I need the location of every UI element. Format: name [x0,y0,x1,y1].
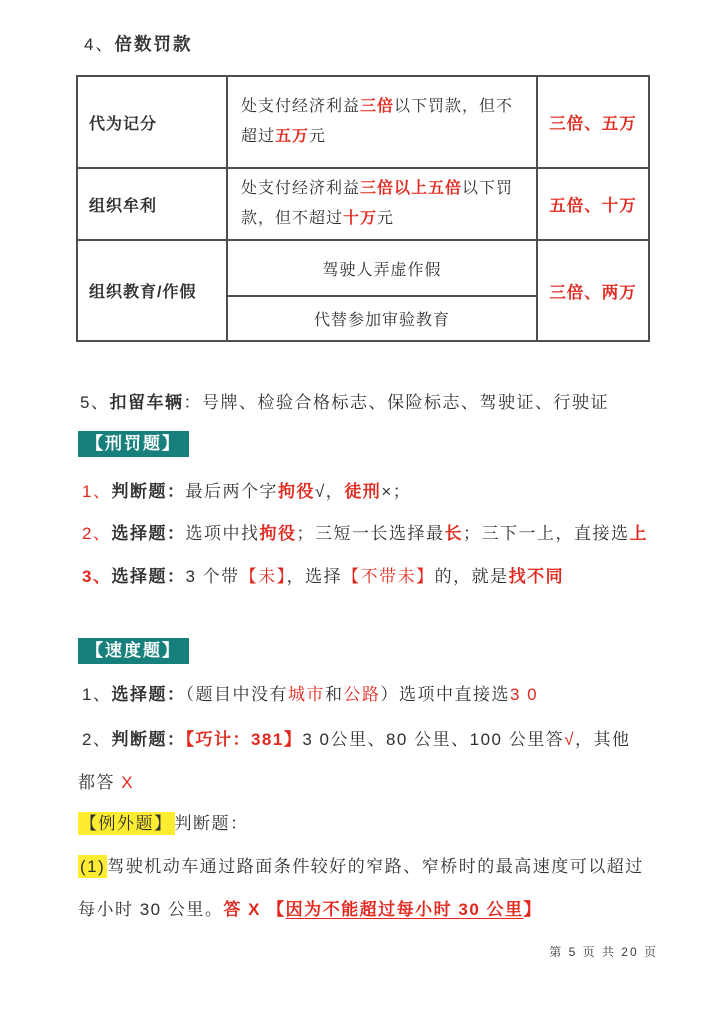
list-item: 1、选择题：（题目中没有城市和公路）选项中直接选3 0 [82,684,538,705]
table-row-desc-split: 驾驶人弄虚作假 代替参加审验教育 [228,241,538,340]
table-row-label: 代为记分 [78,77,228,169]
fines-table: 代为记分 处支付经济利益三倍以下罚款，但不超过五万元 三倍、五万 组织牟利 处支… [76,75,650,342]
badge-sudu-ti: 【速度题】 [78,638,189,664]
table-row-label: 组织牟利 [78,169,228,241]
list-item: 3、选择题：3 个带【未】，选择【不带未】的，就是找不同 [82,566,564,587]
section-heading-5: 5、扣留车辆：号牌、检验合格标志、保险标志、驾驶证、行驶证 [80,392,609,413]
table-row-result: 三倍、五万 [538,77,648,169]
table-subcell-bottom: 代替参加审验教育 [228,297,536,340]
exception-question-line2: 每小时 30 公里。答 X 【因为不能超过每小时 30 公里】 [78,899,542,920]
section-heading-4: 4、倍数罚款 [84,34,192,56]
list-item: 2、选择题：选项中找拘役；三短一长选择最长；三下一上，直接选上 [82,523,648,544]
table-row-desc: 处支付经济利益三倍以下罚款，但不超过五万元 [228,77,538,169]
list-item: 2、判断题：【巧计：381】3 0公里、80 公里、100 公里答√，其他 [82,729,631,750]
document-page: { "colors": { "red": "#e2281e", "teal": … [0,0,720,1018]
table-row-desc: 处支付经济利益三倍以上五倍以下罚款，但不超过十万元 [228,169,538,241]
badge-xingfa-ti: 【刑罚题】 [78,431,189,457]
table-row-label: 组织教育/作假 [78,241,228,340]
exception-question-line1: (1)驾驶机动车通过路面条件较好的窄路、窄桥时的最高速度可以超过 [78,856,644,877]
exception-header: 【例外题】判断题： [78,813,249,834]
table-row-result: 三倍、两万 [538,241,648,340]
list-item: 1、判断题：最后两个字拘役√，徒刑×； [82,481,411,502]
list-item-continuation: 都答 X [78,772,134,793]
table-row-result: 五倍、十万 [538,169,648,241]
page-number: 第 5 页 共 20 页 [549,943,658,960]
table-subcell-top: 驾驶人弄虚作假 [228,241,536,297]
